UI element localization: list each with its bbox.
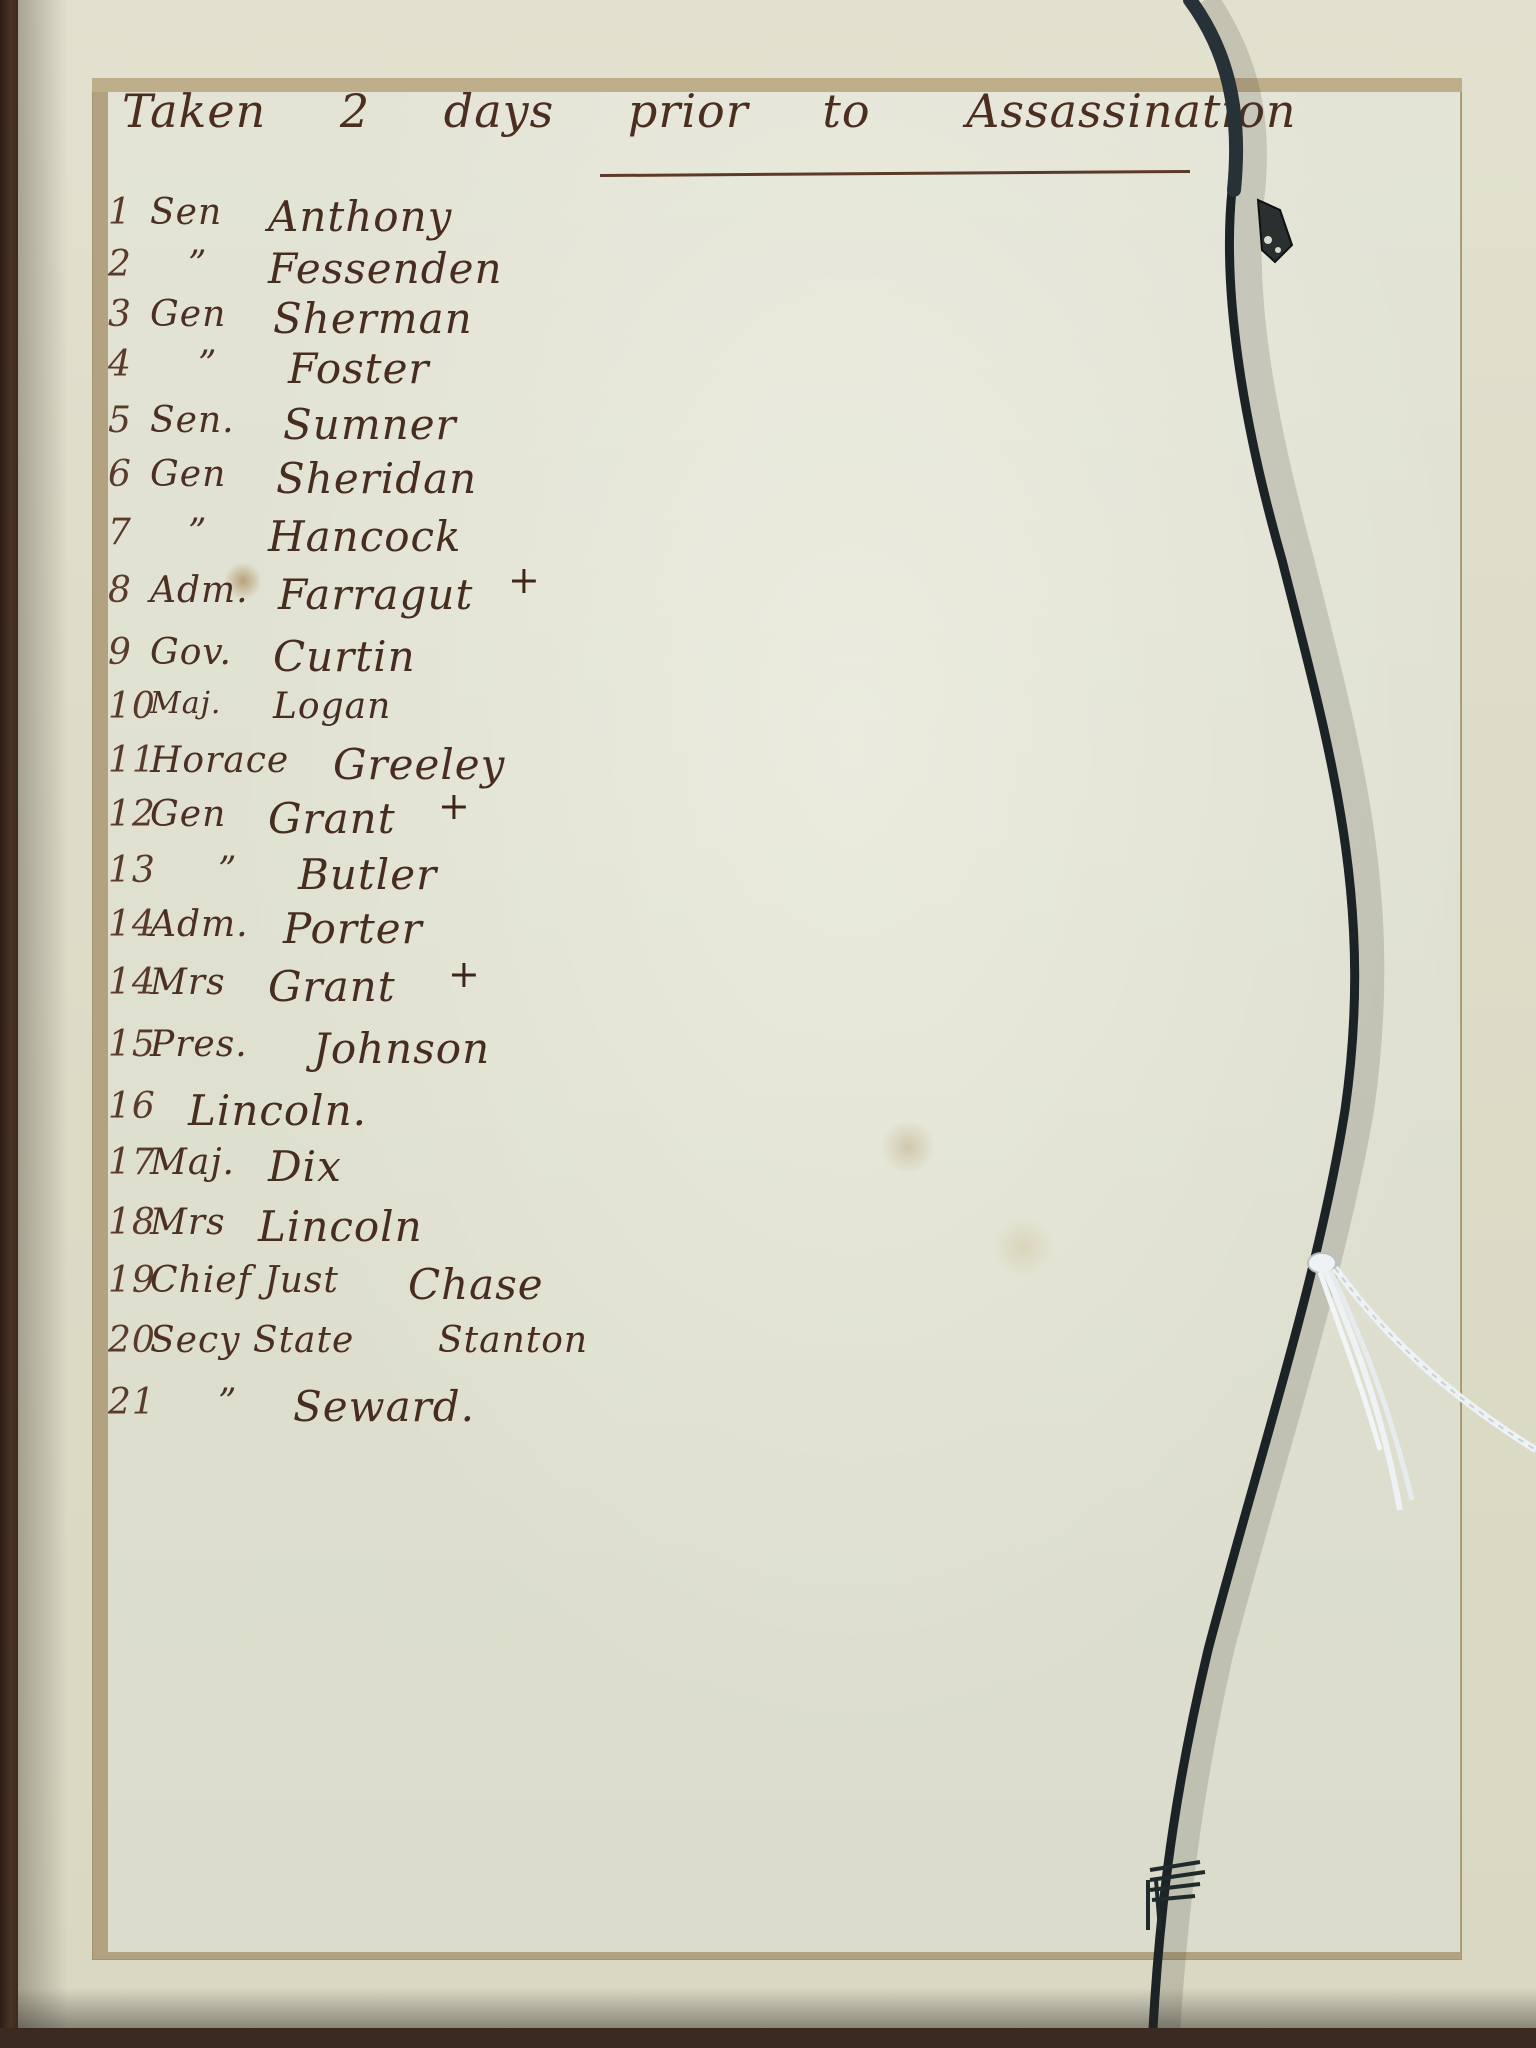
- entry-name: Butler: [298, 850, 437, 899]
- entry-name: Stanton: [438, 1320, 588, 1361]
- heading-word: 2: [340, 84, 370, 138]
- heading-word: Assassination: [966, 84, 1296, 138]
- entry-name: Logan: [273, 686, 391, 727]
- document-heading: Taken 2 days prior to Assassination: [122, 84, 1355, 138]
- heading-word: to: [822, 84, 870, 138]
- entry-number: 13: [108, 850, 148, 891]
- entry-name: Seward.: [293, 1382, 475, 1431]
- framed-document-photo: Taken 2 days prior to Assassination 1 Se…: [0, 0, 1536, 2048]
- entry-number: 21: [108, 1382, 148, 1423]
- stain-spot: [878, 1122, 938, 1172]
- entry-name: Dix: [268, 1142, 342, 1191]
- entry-title: Maj.: [150, 686, 221, 721]
- entry-number: 7: [108, 512, 148, 553]
- entry-title: Adm.: [150, 570, 249, 611]
- cross-mark: +: [438, 784, 471, 828]
- entry-number: 2: [108, 244, 148, 285]
- entry-title: Sen.: [150, 400, 235, 441]
- wooden-frame-bottom-edge: [0, 2028, 1536, 2048]
- entry-number: 6: [108, 454, 148, 495]
- cross-mark: +: [448, 952, 481, 996]
- entry-number: 18: [108, 1202, 148, 1243]
- entry-name: Johnson: [313, 1024, 490, 1073]
- entry-name: Lincoln: [258, 1202, 423, 1251]
- entry-number: 9: [108, 632, 148, 673]
- entry-title: ”: [188, 244, 207, 285]
- entry-number: 19: [108, 1260, 148, 1301]
- entry-title: Maj.: [150, 1142, 235, 1183]
- entry-title: Sen: [150, 192, 222, 233]
- entry-name: Grant: [268, 794, 396, 843]
- entry-title: Chief Just: [150, 1260, 339, 1301]
- entry-title: ”: [218, 1382, 237, 1423]
- cross-mark: +: [508, 558, 541, 602]
- entry-number: 20: [108, 1320, 148, 1361]
- entry-title: Pres.: [150, 1024, 248, 1065]
- heading-word: days: [444, 84, 554, 138]
- entry-name: Grant: [268, 962, 396, 1011]
- heading-word: prior: [628, 84, 749, 138]
- entry-name: Fessenden: [268, 244, 503, 293]
- entry-number: 10: [108, 686, 148, 727]
- entry-name: Sherman: [273, 294, 473, 343]
- entry-title: Secy State: [150, 1320, 354, 1361]
- entry-name: Sumner: [283, 400, 457, 449]
- entry-number: 11: [108, 740, 148, 781]
- entry-number: 14: [108, 962, 148, 1003]
- entry-number: 16: [108, 1086, 148, 1127]
- entry-name: Anthony: [268, 192, 452, 241]
- heading-word: Taken: [122, 84, 266, 138]
- entry-number: 3: [108, 294, 148, 335]
- entry-number: 14: [108, 904, 148, 945]
- entry-name: Farragut: [278, 570, 473, 619]
- entry-number: 12: [108, 794, 148, 835]
- entry-title: Gen: [150, 454, 226, 495]
- entry-title: ”: [188, 512, 207, 553]
- entry-number: 17: [108, 1142, 148, 1183]
- entry-title: Gen: [150, 794, 226, 835]
- entry-title: ”: [198, 344, 217, 385]
- entry-title: Mrs: [150, 962, 226, 1003]
- wooden-frame-left-edge: [0, 0, 18, 2048]
- entry-name: Curtin: [273, 632, 416, 681]
- entry-number: 8: [108, 570, 148, 611]
- entry-title: Gov.: [150, 632, 232, 673]
- entry-number: 15: [108, 1024, 148, 1065]
- entry-name: Greeley: [333, 740, 505, 789]
- entry-number: 4: [108, 344, 148, 385]
- mat-shadow-left: [18, 0, 68, 2028]
- entry-title: Horace: [150, 740, 289, 781]
- entry-name: Hancock: [268, 512, 462, 561]
- entry-title: ”: [218, 850, 237, 891]
- entry-name: Chase: [408, 1260, 544, 1309]
- entry-name: Sheridan: [276, 454, 477, 503]
- entry-name: Porter: [283, 904, 423, 953]
- entry-title: Mrs: [150, 1202, 226, 1243]
- entry-number: 1: [108, 192, 148, 233]
- entry-number: 5: [108, 400, 148, 441]
- entry-title: Adm.: [150, 904, 249, 945]
- entry-name: Lincoln.: [188, 1086, 367, 1135]
- entry-title: Gen: [150, 294, 226, 335]
- entry-name: Foster: [288, 344, 430, 393]
- mat-shadow-bottom: [18, 1988, 1536, 2028]
